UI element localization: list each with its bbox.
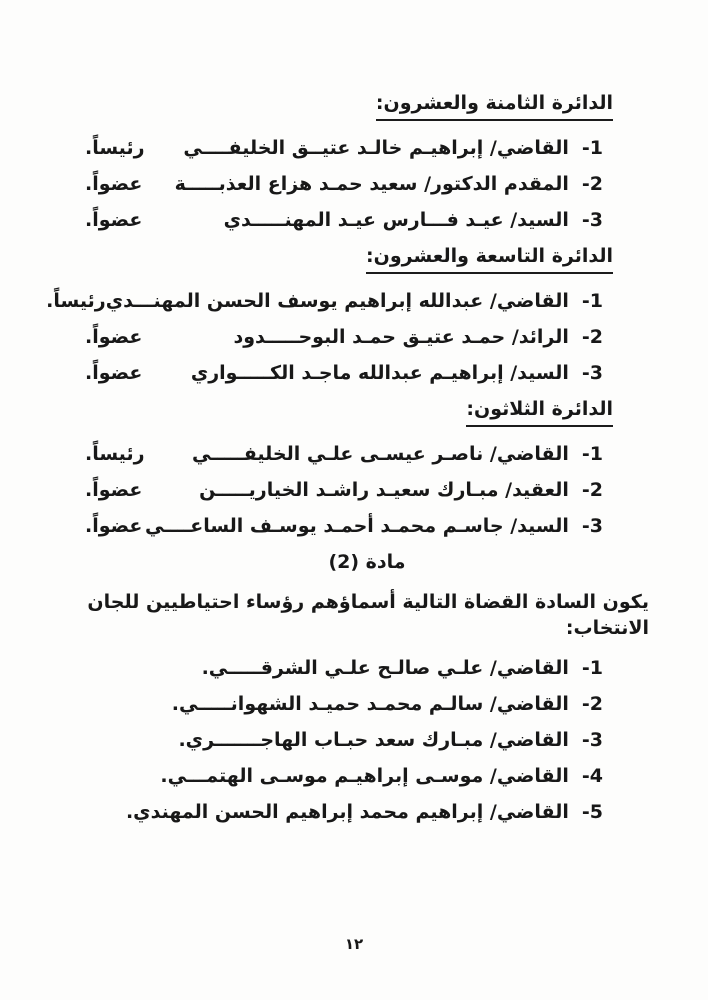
member-row: 1- القاضي/ إبراهيـم خالـد عتيــق الخليفـ… [85,135,613,161]
item-number: 1- [582,655,603,681]
article-title: مادة (2) [85,549,649,575]
member-number: 2- [582,171,603,197]
member-main: 3- السيد/ جاسـم محمـد أحمـد يوسـف الساعـ… [145,513,603,539]
circuit-section-30: الدائرة الثلاثون: 1- القاضي/ ناصـر عيسـى… [85,396,649,539]
member-name: القاضي/ عبدالله إبراهيم يوسف الحسن المهن… [106,288,569,314]
member-role: رئيساً. [85,135,145,161]
member-main: 3- السيد/ إبراهيـم عبدالله ماجـد الكــــ… [191,360,603,386]
member-row: 3- السيد/ جاسـم محمـد أحمـد يوسـف الساعـ… [85,513,613,539]
member-row: 3- السيد/ إبراهيـم عبدالله ماجـد الكــــ… [85,360,613,386]
article-item: 1- القاضي/ علـي صالـح علـي الشرقـــــي. [85,655,649,681]
article-item: 4- القاضي/ موسـى إبراهيـم موسـى الهتمـــ… [85,763,649,789]
member-name: القاضي/ إبراهيـم خالـد عتيــق الخليفــــ… [183,135,569,161]
member-number: 1- [582,288,603,314]
article-item: 3- القاضي/ مبـارك سعد حبـاب الهاجـــــــ… [85,727,649,753]
member-main: 2- المقدم الدكتور/ سعيد حمـد هزاع العذبـ… [175,171,603,197]
member-number: 1- [582,441,603,467]
article-item: 5- القاضي/ إبراهيم محمد إبراهيم الحسن ال… [85,799,649,825]
member-name: السيد/ إبراهيـم عبدالله ماجـد الكـــــوا… [191,360,569,386]
member-role: رئيساً. [46,288,106,314]
item-number: 4- [582,763,603,789]
member-number: 3- [582,513,603,539]
member-main: 2- الرائد/ حمـد عتيـق حمـد البوحـــــدود [233,324,603,350]
member-role: عضواً. [85,207,142,233]
page-content: الدائرة الثامنة والعشرون: 1- القاضي/ إبر… [0,0,708,835]
scanned-document-page: الدائرة الثامنة والعشرون: 1- القاضي/ إبر… [0,0,708,1000]
judge-name: القاضي/ إبراهيم محمد إبراهيم الحسن المهن… [126,799,569,825]
member-row: 2- العقيد/ مبـارك سعيـد راشـد الخياريـــ… [85,477,613,503]
page-number: ١٢ [0,934,708,954]
member-main: 1- القاضي/ ناصـر عيسـى علـي الخليفـــــي [192,441,603,467]
member-row: 3- السيد/ عيـد فـــارس عيـد المهنـــــدي… [85,207,613,233]
member-name: الرائد/ حمـد عتيـق حمـد البوحـــــدود [233,324,568,350]
item-number: 3- [582,727,603,753]
member-number: 3- [582,360,603,386]
circuit-section-28-inner: الدائرة الثامنة والعشرون: 1- القاضي/ إبر… [85,90,649,233]
item-number: 2- [582,691,603,717]
member-name: العقيد/ مبـارك سعيـد راشـد الخياريـــــن [199,477,569,503]
judge-name: القاضي/ مبـارك سعد حبـاب الهاجـــــــري. [178,727,568,753]
member-name: المقدم الدكتور/ سعيد حمـد هزاع العذبــــ… [175,171,569,197]
member-main: 1- القاضي/ عبدالله إبراهيم يوسف الحسن ال… [106,288,603,314]
member-role: رئيساً. [85,441,145,467]
member-main: 2- العقيد/ مبـارك سعيـد راشـد الخياريـــ… [199,477,603,503]
article-2-block: مادة (2) يكون السادة القضاة التالية أسما… [85,549,649,825]
member-row: 2- الرائد/ حمـد عتيـق حمـد البوحـــــدود… [85,324,613,350]
judge-name: القاضي/ موسـى إبراهيـم موسـى الهتمـــي. [160,763,569,789]
article-item: 2- القاضي/ سالـم محمـد حميـد الشهوانــــ… [85,691,649,717]
member-role: عضواً. [85,477,142,503]
member-role: عضواً. [85,171,142,197]
member-role: عضواً. [85,360,142,386]
member-role: عضواً. [85,324,142,350]
member-row: 1- القاضي/ عبدالله إبراهيم يوسف الحسن ال… [85,288,613,314]
section-title: الدائرة الثامنة والعشرون: [376,90,613,121]
member-main: 3- السيد/ عيـد فـــارس عيـد المهنـــــدي [224,207,603,233]
member-main: 1- القاضي/ إبراهيـم خالـد عتيــق الخليفـ… [183,135,603,161]
circuit-section-29: الدائرة التاسعة والعشرون: 1- القاضي/ عبد… [85,243,649,386]
member-number: 2- [582,477,603,503]
member-row: 2- المقدم الدكتور/ سعيد حمـد هزاع العذبـ… [85,171,613,197]
item-number: 5- [582,799,603,825]
member-name: السيد/ جاسـم محمـد أحمـد يوسـف الساعــــ… [145,513,569,539]
member-name: السيد/ عيـد فـــارس عيـد المهنـــــدي [224,207,569,233]
circuit-section-29-inner: الدائرة التاسعة والعشرون: 1- القاضي/ عبد… [85,243,649,386]
circuit-section-28: الدائرة الثامنة والعشرون: 1- القاضي/ إبر… [85,90,649,233]
member-number: 3- [582,207,603,233]
member-row: 1- القاضي/ ناصـر عيسـى علـي الخليفـــــي… [85,441,613,467]
circuit-section-30-inner: الدائرة الثلاثون: 1- القاضي/ ناصـر عيسـى… [85,396,649,539]
judge-name: القاضي/ علـي صالـح علـي الشرقـــــي. [202,655,569,681]
member-name: القاضي/ ناصـر عيسـى علـي الخليفـــــي [192,441,569,467]
member-role: عضواً. [85,513,142,539]
article-intro: يكون السادة القضاة التالية أسماؤهم رؤساء… [85,589,649,641]
section-title: الدائرة التاسعة والعشرون: [366,243,613,274]
member-number: 2- [582,324,603,350]
judge-name: القاضي/ سالـم محمـد حميـد الشهوانـــــي. [172,691,569,717]
section-title: الدائرة الثلاثون: [466,396,613,427]
member-number: 1- [582,135,603,161]
